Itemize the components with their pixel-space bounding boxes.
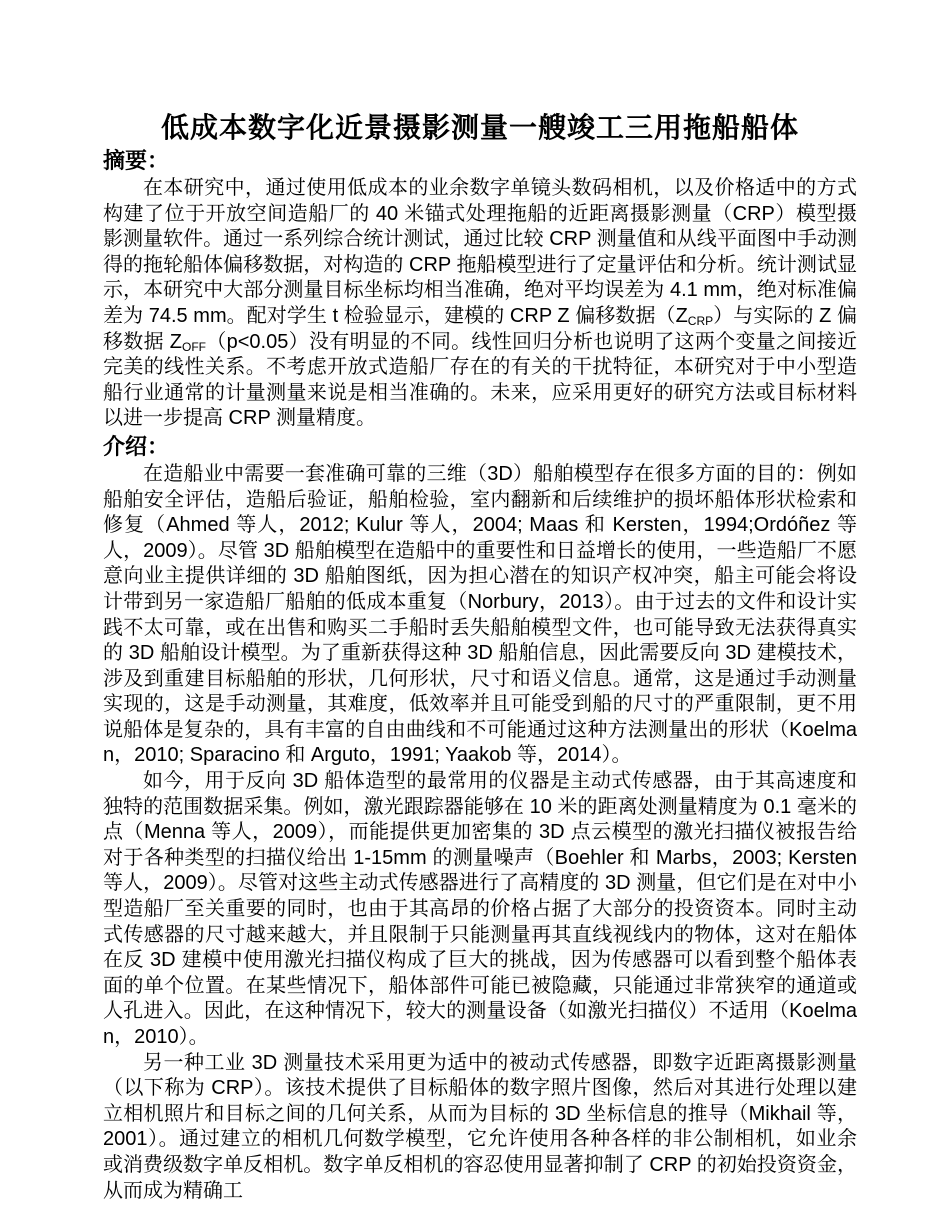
document-title: 低成本数字化近景摄影测量一艘竣工三用拖船船体: [103, 110, 857, 146]
introduction-heading: 介绍：: [103, 432, 857, 462]
intro-paragraph-3: 另一种工业 3D 测量技术采用更为适中的被动式传感器，即数字近距离摄影测量（以下…: [103, 1051, 857, 1205]
abstract-heading: 摘要：: [103, 146, 857, 176]
subscript-text: CRP: [688, 314, 713, 328]
paragraph-text: （p<0.05）没有明显的不同。线性回归分析也说明了这两个变量之间接近完美的线性…: [103, 331, 857, 430]
intro-paragraph-2: 如今，用于反向 3D 船体造型的最常用的仪器是主动式传感器，由于其高速度和独特的…: [103, 769, 857, 1051]
intro-paragraph-1: 在造船业中需要一套准确可靠的三维（3D）船舶模型存在很多方面的目的：例如船舶安全…: [103, 462, 857, 769]
subscript-text: OFF: [182, 340, 206, 354]
document-page: 低成本数字化近景摄影测量一艘竣工三用拖船船体 摘要： 在本研究中，通过使用低成本…: [0, 0, 952, 1232]
abstract-paragraph: 在本研究中，通过使用低成本的业余数字单镜头数码相机，以及价格适中的方式构建了位于…: [103, 176, 857, 432]
